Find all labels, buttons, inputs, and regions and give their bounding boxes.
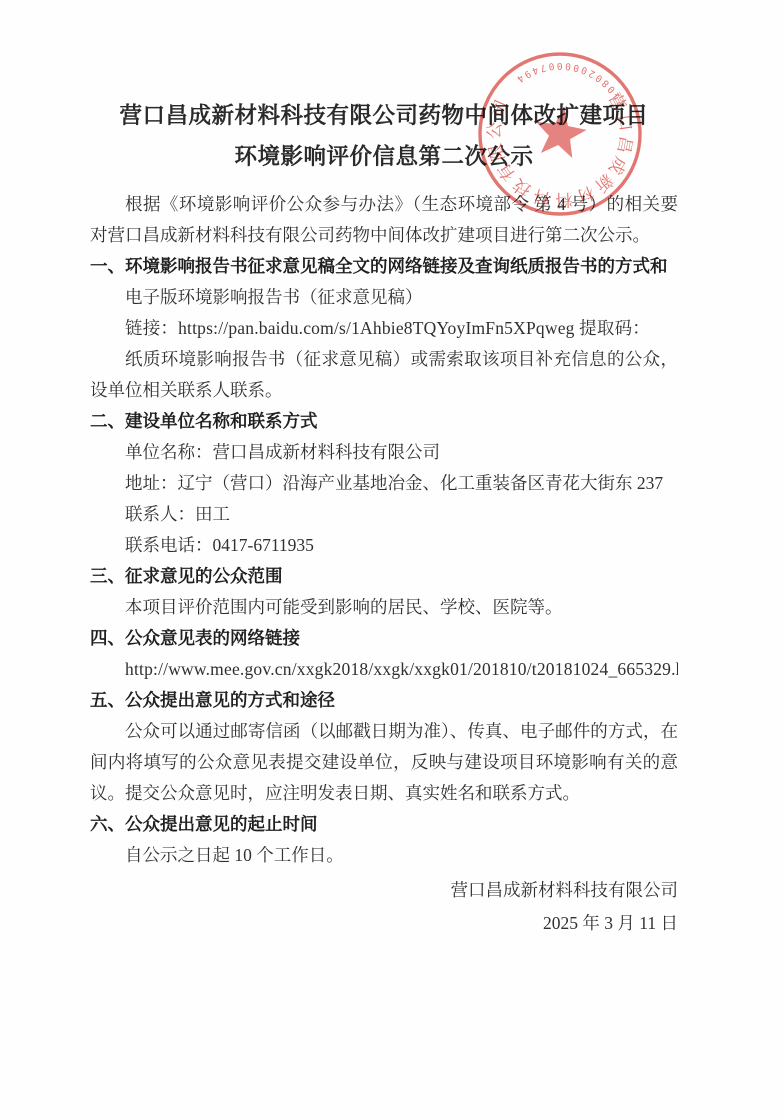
document-page: 营口昌成新材料科技有限公司药物中间体改扩建项目 环境影响评价信息第二次公示 根据… bbox=[0, 0, 784, 1119]
address-line: 地址：辽宁（营口）沿海产业基地冶金、化工重装备区青花大街东 237 号 bbox=[90, 468, 678, 499]
section4-heading: 四、公众意见表的网络链接 bbox=[90, 623, 678, 654]
contact-person-line: 联系人：田工 bbox=[90, 499, 678, 530]
contact-phone-line: 联系电话：0417-6711935 bbox=[90, 530, 678, 561]
body-line: 自公示之日起 10 个工作日。 bbox=[90, 840, 678, 871]
section6-heading: 六、公众提出意见的起止时间 bbox=[90, 809, 678, 840]
signature-block: 营口昌成新材料科技有限公司 2025 年 3 月 11 日 bbox=[90, 874, 678, 940]
intro-line: 对营口昌成新材料科技有限公司药物中间体改扩建项目进行第二次公示。 bbox=[90, 220, 678, 251]
signature-company: 营口昌成新材料科技有限公司 bbox=[90, 874, 678, 907]
document-content: 营口昌成新材料科技有限公司药物中间体改扩建项目 环境影响评价信息第二次公示 根据… bbox=[90, 100, 678, 940]
section5-heading: 五、公众提出意见的方式和途径 bbox=[90, 685, 678, 716]
body-line: 间内将填写的公众意见表提交建设单位，反映与建设项目环境影响有关的意见和建 bbox=[90, 747, 678, 778]
document-body: 根据《环境影响评价公众参与办法》（生态环境部令 第 4 号）的相关要求，现 对营… bbox=[90, 189, 678, 940]
document-title-line2: 环境影响评价信息第二次公示 bbox=[90, 141, 678, 173]
intro-line: 根据《环境影响评价公众参与办法》（生态环境部令 第 4 号）的相关要求，现 bbox=[90, 189, 678, 220]
body-line: 设单位相关联系人联系。 bbox=[90, 375, 678, 406]
mee-link-line: http://www.mee.gov.cn/xxgk2018/xxgk/xxgk… bbox=[90, 654, 678, 685]
section2-heading: 二、建设单位名称和联系方式 bbox=[90, 406, 678, 437]
section3-heading: 三、征求意见的公众范围 bbox=[90, 561, 678, 592]
body-line: 公众可以通过邮寄信函（以邮戳日期为准）、传真、电子邮件的方式，在规定时 bbox=[90, 716, 678, 747]
body-line: 电子版环境影响报告书（征求意见稿） bbox=[90, 282, 678, 313]
section1-heading: 一、环境影响报告书征求意见稿全文的网络链接及查询纸质报告书的方式和途径 bbox=[90, 251, 678, 282]
body-line: 纸质环境影响报告书（征求意见稿）或需索取该项目补充信息的公众，可与建 bbox=[90, 344, 678, 375]
body-line: 本项目评价范围内可能受到影响的居民、学校、医院等。 bbox=[90, 592, 678, 623]
company-name-line: 单位名称：营口昌成新材料科技有限公司 bbox=[90, 437, 678, 468]
baidu-link-line: 链接：https://pan.baidu.com/s/1Ahbie8TQYoyI… bbox=[90, 313, 678, 344]
signature-date: 2025 年 3 月 11 日 bbox=[90, 907, 678, 940]
document-title-line1: 营口昌成新材料科技有限公司药物中间体改扩建项目 bbox=[90, 100, 678, 132]
body-line: 议。提交公众意见时，应注明发表日期、真实姓名和联系方式。 bbox=[90, 778, 678, 809]
